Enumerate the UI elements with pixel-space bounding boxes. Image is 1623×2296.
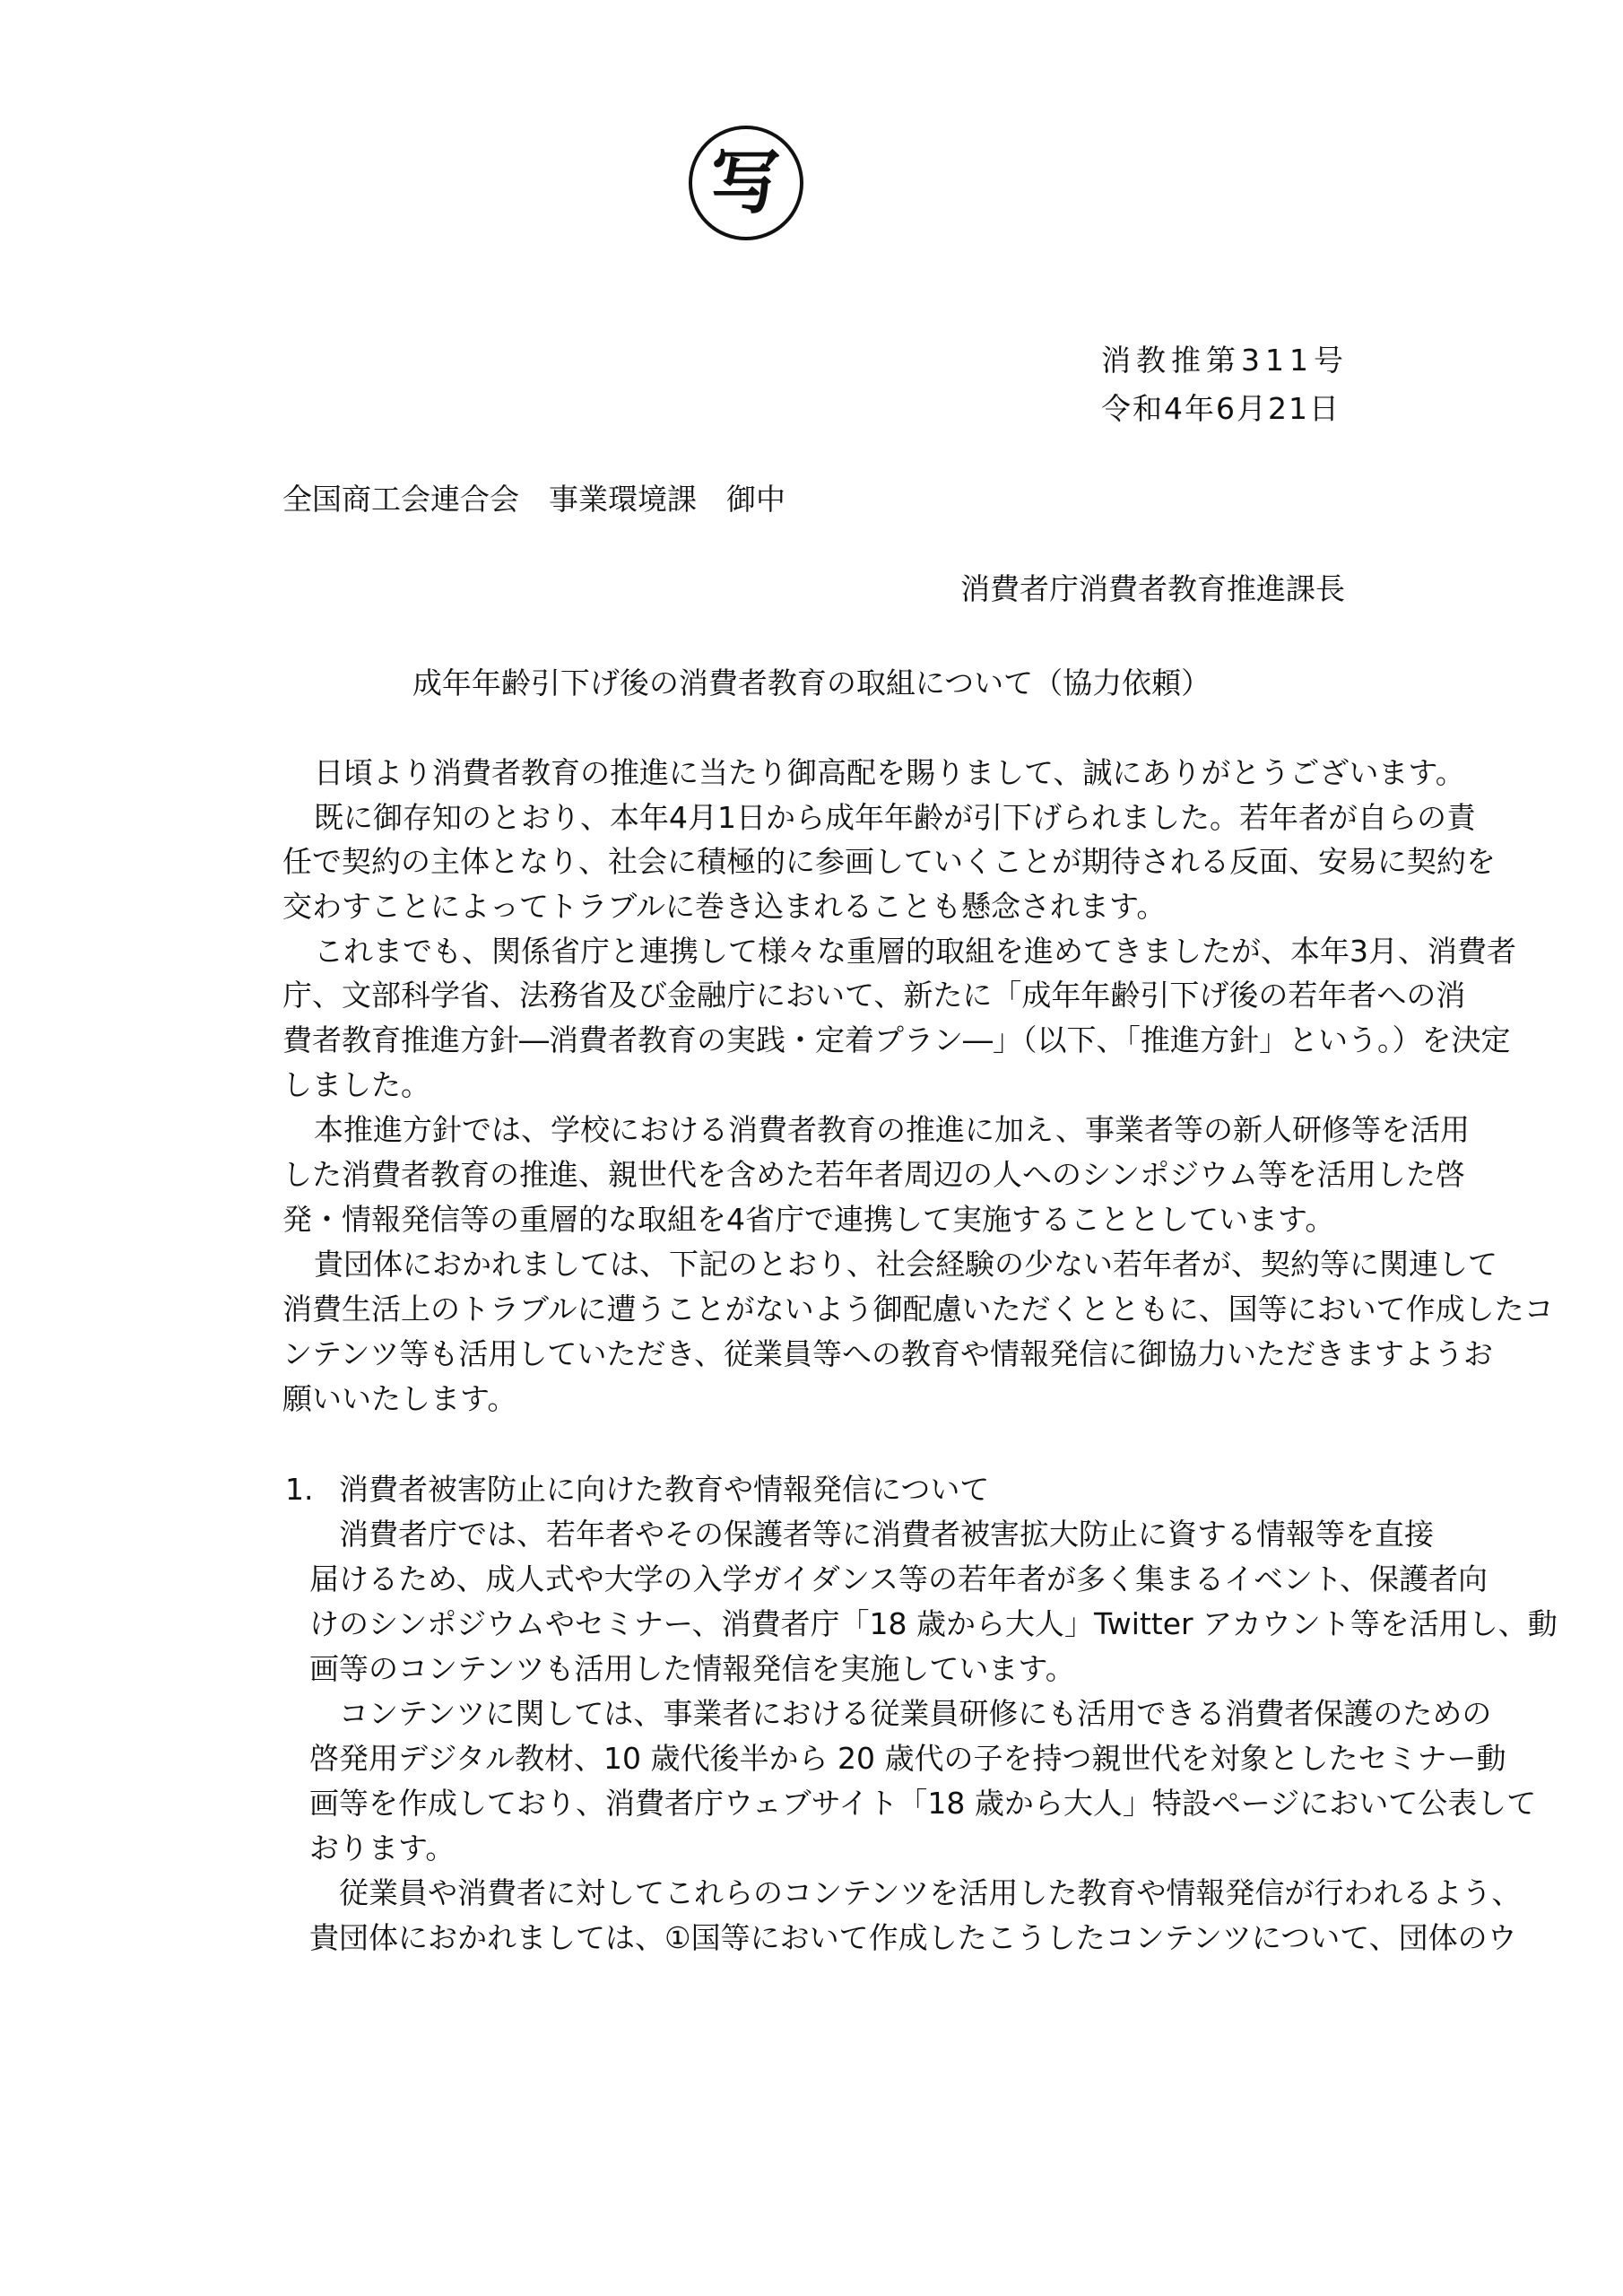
body-line: しました。 — [282, 1067, 1350, 1103]
body-line: 既に御存知のとおり、本年4月1日から成年年齢が引下げられました。若年者が自らの責 — [314, 800, 1476, 836]
stamp-glyph: 写 — [711, 148, 781, 218]
body-line: ンテンツ等も活用していただき、従業員等への教育や情報発信に御協力いただきますよう… — [282, 1336, 1350, 1372]
section-line: 画等を作成しており、消費者庁ウェブサイト「18 歳から大人」特設ページにおいて公… — [309, 1786, 1536, 1822]
body-line: 消費生活上のトラブルに遭うことがないよう御配慮いただくとともに、国等において作成… — [282, 1291, 1350, 1327]
body-line: これまでも、関係省庁と連携して様々な重層的取組を進めてきましたが、本年3月、消費… — [314, 934, 1516, 970]
body-line: 本推進方針では、学校における消費者教育の推進に加え、事業者等の新人研修等を活用 — [314, 1112, 1470, 1148]
section-line: おります。 — [309, 1831, 455, 1866]
section-line: 画等のコンテンツも活用した情報発信を実施しています。 — [309, 1651, 1075, 1687]
sender: 消費者庁消費者教育推進課長 — [960, 571, 1345, 607]
document-date: 令和4年6月21日 — [1101, 391, 1341, 427]
body-line: 交わすことによってトラブルに巻き込まれることも懸念されます。 — [282, 889, 1350, 925]
section-line: 従業員や消費者に対してこれらのコンテンツを活用した教育や情報発信が行われるよう、 — [339, 1875, 1521, 1911]
body-line: 任で契約の主体となり、社会に積極的に参画していくことが期待される反面、安易に契約… — [282, 844, 1350, 880]
document-page: 写 消教推第311号 令和4年6月21日 全国商工会連合会 事業環境課 御中 消… — [0, 0, 1623, 2296]
body-line: 庁、文部科学省、法務省及び金融庁において、新たに「成年年齢引下げ後の若年者への消 — [282, 978, 1350, 1013]
section-number: 1. — [285, 1472, 314, 1508]
addressee: 全国商工会連合会 事業環境課 御中 — [282, 482, 785, 517]
body-line: 日頃より消費者教育の推進に当たり御高配を賜りまして、誠にありがとうございます。 — [314, 755, 1465, 791]
body-line: した消費者教育の推進、親世代を含めた若年者周辺の人へのシンポジウム等を活用した啓 — [282, 1157, 1350, 1193]
copy-stamp-icon: 写 — [689, 126, 803, 240]
section-line: 啓発用デジタル教材、10 歳代後半から 20 歳代の子を持つ親世代を対象としたセ… — [309, 1741, 1506, 1777]
reference-number: 消教推第311号 — [1101, 343, 1349, 378]
section-line: けのシンポジウムやセミナー、消費者庁「18 歳から大人」Twitter アカウン… — [309, 1606, 1558, 1642]
section-line: コンテンツに関しては、事業者における従業員研修にも活用できる消費者保護のための — [339, 1696, 1491, 1732]
section-line: 消費者庁では、若年者やその保護者等に消費者被害拡大防止に資する情報等を直接 — [339, 1517, 1434, 1552]
section-line: 届けるため、成人式や大学の入学ガイダンス等の若年者が多く集まるイベント、保護者向 — [309, 1561, 1488, 1597]
document-title: 成年年齢引下げ後の消費者教育の取組について（協力依頼） — [0, 665, 1623, 701]
section-line: 貴団体におかれましては、①国等において作成したこうしたコンテンツについて、団体の… — [309, 1920, 1517, 1956]
section-heading: 消費者被害防止に向けた教育や情報発信について — [339, 1472, 989, 1508]
body-line: 貴団体におかれましては、下記のとおり、社会経験の少ない若年者が、契約等に関連して — [314, 1247, 1497, 1283]
body-line: 発・情報発信等の重層的な取組を4省庁で連携して実施することとしています。 — [282, 1202, 1350, 1238]
body-line: 費者教育推進方針―消費者教育の実践・定着プラン―」（以下、「推進方針」という。）… — [282, 1022, 1350, 1058]
body-line: 願いいたします。 — [282, 1381, 1350, 1417]
